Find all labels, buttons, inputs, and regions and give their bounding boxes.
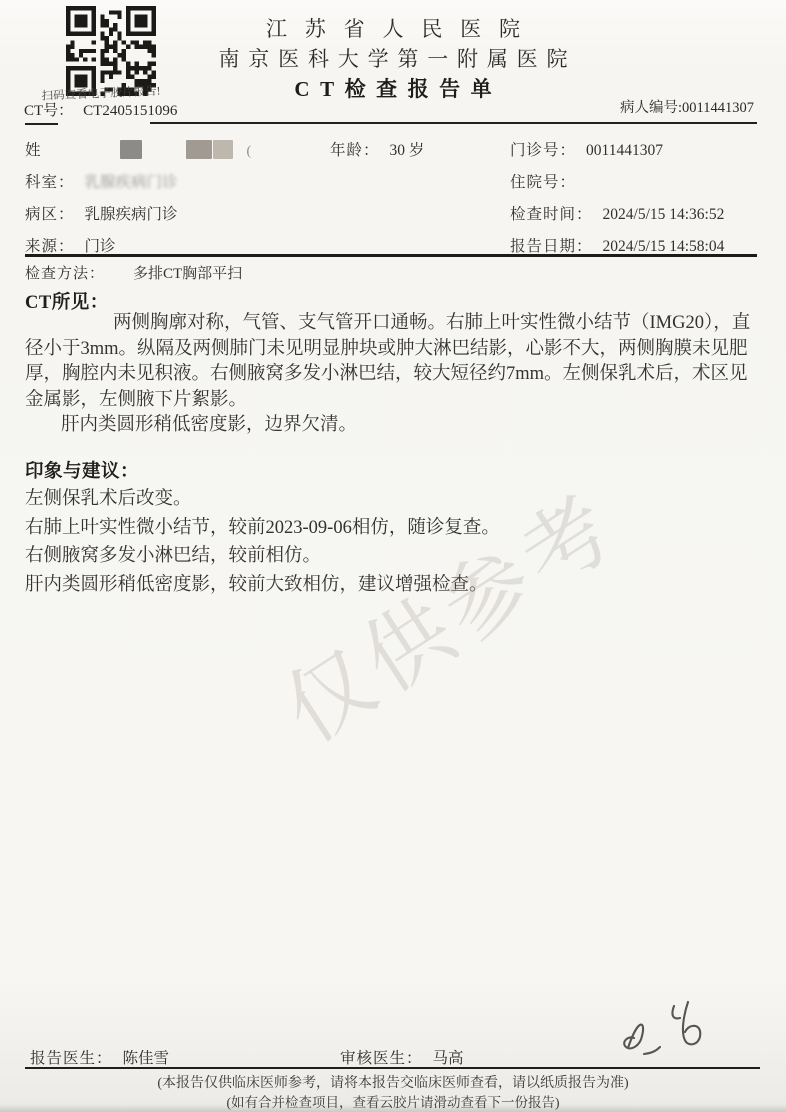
field-ward: 病区：乳腺疾病门诊 xyxy=(25,202,178,224)
department-value-redacted: 乳腺疾病门诊 xyxy=(85,174,178,191)
field-inpatient-no: 住院号： xyxy=(510,170,586,192)
name-label: 姓 xyxy=(25,142,42,159)
field-exam-method: 检查方法：多排CT胸部平扫 xyxy=(25,262,242,283)
name-redaction-block xyxy=(213,140,233,159)
field-name: 姓( xyxy=(25,138,251,160)
field-reviewing-doctor: 审核医生：马高 xyxy=(340,1046,464,1068)
exam-time-value: 2024/5/15 14:36:52 xyxy=(603,206,725,223)
source-label: 来源： xyxy=(25,238,75,255)
impression-item: 肝内类圆形稍低密度影，较前大致相仿，建议增强检查。 xyxy=(25,571,761,600)
section-divider xyxy=(25,254,757,257)
field-reporting-doctor: 报告医生：陈佳雪 xyxy=(30,1046,169,1068)
page-bottom-shade xyxy=(0,1105,786,1112)
outpatient-no-label: 门诊号： xyxy=(510,142,576,159)
exam-method-value: 多排CT胸部平扫 xyxy=(133,266,242,282)
impression-list: 左侧保乳术后改变。 右肺上叶实性微小结节，较前2023-09-06相仿，随诊复查… xyxy=(25,485,761,599)
patient-number: 病人编号:0011441307 xyxy=(620,96,754,117)
impression-heading: 印象与建议： xyxy=(25,457,139,483)
footer-rule xyxy=(25,1067,760,1069)
field-age: 年龄：30 岁 xyxy=(330,138,424,160)
report-date-label: 报告日期： xyxy=(510,238,593,255)
exam-method-label: 检查方法： xyxy=(25,266,105,282)
ward-label: 病区： xyxy=(25,206,75,223)
patient-number-value: 0011441307 xyxy=(682,100,754,116)
impression-item: 左侧保乳术后改变。 xyxy=(25,485,761,514)
ct-report-page: 扫码查看电子胶片报告! CT号：CT2405151096 江苏省人民医院 南京医… xyxy=(0,0,786,1112)
findings-body: 两侧胸廓对称，气管、支气管开口通畅。右肺上叶实性微小结节（IMG20），直径小于… xyxy=(25,311,761,439)
field-outpatient-no: 门诊号：0011441307 xyxy=(510,138,663,160)
reviewing-doctor-value: 马高 xyxy=(433,1050,464,1067)
findings-paragraph: 肝内类圆形稍低密度影，边界欠清。 xyxy=(25,413,761,439)
redaction-artifact: ( xyxy=(247,144,252,159)
field-exam-time: 检查时间：2024/5/15 14:36:52 xyxy=(510,202,724,224)
patient-number-label: 病人编号: xyxy=(620,100,682,116)
field-source: 来源：门诊 xyxy=(25,234,116,256)
inpatient-no-label: 住院号： xyxy=(510,174,576,191)
field-department: 科室：乳腺疾病门诊 xyxy=(25,170,178,192)
footer-note-1: (本报告仅供临床医师参考，请将本报告交临床医师查看，请以纸质报告为准) xyxy=(0,1072,786,1092)
hospital-name-line1: 江苏省人民医院 xyxy=(0,13,786,43)
header-rule-short xyxy=(25,123,58,125)
impression-item: 右肺上叶实性微小结节，较前2023-09-06相仿，随诊复查。 xyxy=(25,514,761,543)
findings-paragraph: 两侧胸廓对称，气管、支气管开口通畅。右肺上叶实性微小结节（IMG20），直径小于… xyxy=(25,311,761,413)
exam-time-label: 检查时间： xyxy=(510,206,593,223)
header-rule xyxy=(150,122,757,124)
source-value: 门诊 xyxy=(85,238,116,255)
outpatient-no-value: 0011441307 xyxy=(586,142,663,159)
reporting-doctor-label: 报告医生： xyxy=(30,1050,113,1067)
field-report-date: 报告日期：2024/5/15 14:58:04 xyxy=(510,234,724,256)
age-value: 30 岁 xyxy=(390,142,425,159)
impression-item: 右侧腋窝多发小淋巴结，较前相仿。 xyxy=(25,542,761,571)
name-redaction-block xyxy=(120,140,142,159)
ct-number-label: CT号： xyxy=(24,103,73,119)
reporting-doctor-value: 陈佳雪 xyxy=(123,1050,170,1067)
name-redaction-block xyxy=(186,140,212,159)
hospital-name-line2: 南京医科大学第一附属医院 xyxy=(0,43,786,73)
reviewing-doctor-label: 审核医生： xyxy=(340,1050,423,1067)
doctor-signature xyxy=(598,996,732,1064)
report-date-value: 2024/5/15 14:58:04 xyxy=(603,238,725,255)
age-label: 年龄： xyxy=(330,142,380,159)
department-label: 科室： xyxy=(25,174,75,191)
ward-value: 乳腺疾病门诊 xyxy=(85,206,178,223)
ct-number-value: CT2405151096 xyxy=(83,103,177,119)
